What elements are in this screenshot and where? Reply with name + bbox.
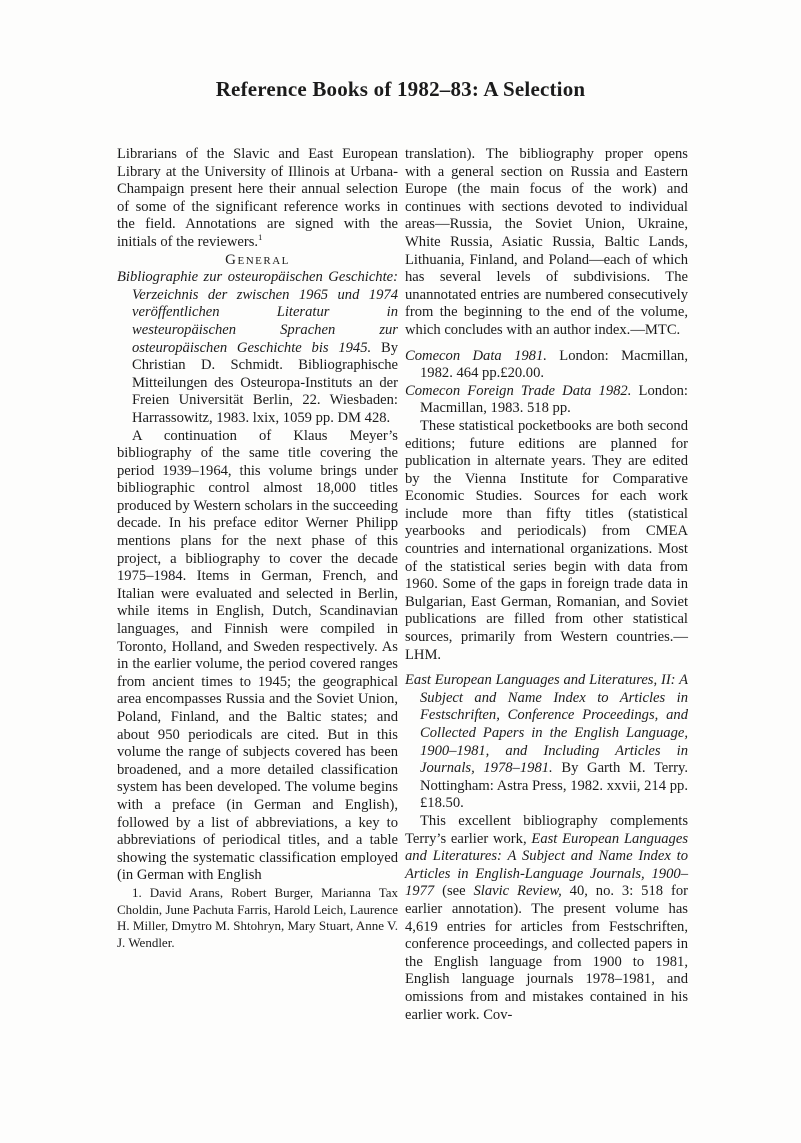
text-segment: A continuation of Klaus Meyer’s bibliogr… bbox=[117, 428, 398, 884]
text-segment: 40, no. 3: 518 for earlier annotation). … bbox=[405, 883, 688, 1022]
text-segment: 1 bbox=[258, 232, 262, 242]
text-segment: 1. David Arans, Robert Burger, Marianna … bbox=[117, 885, 398, 950]
review-paragraph-terry: This excellent bibliography complements … bbox=[405, 813, 688, 1024]
text-segment: Slavic Review, bbox=[473, 883, 561, 899]
text-segment: Comecon Foreign Trade Data 1982. bbox=[405, 383, 631, 399]
bibliography-entry-schmidt: Bibliographie zur osteuropäischen Geschi… bbox=[117, 269, 398, 427]
page-title: Reference Books of 1982–83: A Selection bbox=[0, 77, 801, 102]
scanned-journal-page: Reference Books of 1982–83: A Selection … bbox=[0, 0, 801, 1143]
intro-paragraph: Librarians of the Slavic and East Europe… bbox=[117, 146, 398, 252]
text-segment: Bibliographie zur osteuropäischen Geschi… bbox=[117, 269, 398, 355]
text-segment: These statistical pocketbooks are both s… bbox=[405, 418, 688, 663]
bibliography-entry-comecon-trade: Comecon Foreign Trade Data 1982. London:… bbox=[405, 383, 688, 418]
overflow-paragraph-schmidt: translation). The bibliography proper op… bbox=[405, 146, 688, 340]
bibliography-entry-terry: East European Languages and Literatures,… bbox=[405, 672, 688, 813]
footnote-reviewers: 1. David Arans, Robert Burger, Marianna … bbox=[117, 885, 398, 951]
text-segment: Comecon Data 1981. bbox=[405, 348, 547, 364]
text-segment: (see bbox=[434, 883, 473, 899]
bibliography-entry-comecon-data: Comecon Data 1981. London: Macmillan, 19… bbox=[405, 348, 688, 383]
right-column: translation). The bibliography proper op… bbox=[405, 146, 688, 1024]
review-paragraph-schmidt: A continuation of Klaus Meyer’s bibliogr… bbox=[117, 428, 398, 885]
text-segment: translation). The bibliography proper op… bbox=[405, 146, 688, 338]
review-paragraph-comecon: These statistical pocketbooks are both s… bbox=[405, 418, 688, 664]
left-column: Librarians of the Slavic and East Europe… bbox=[117, 146, 398, 951]
section-heading-general: General bbox=[117, 252, 398, 270]
